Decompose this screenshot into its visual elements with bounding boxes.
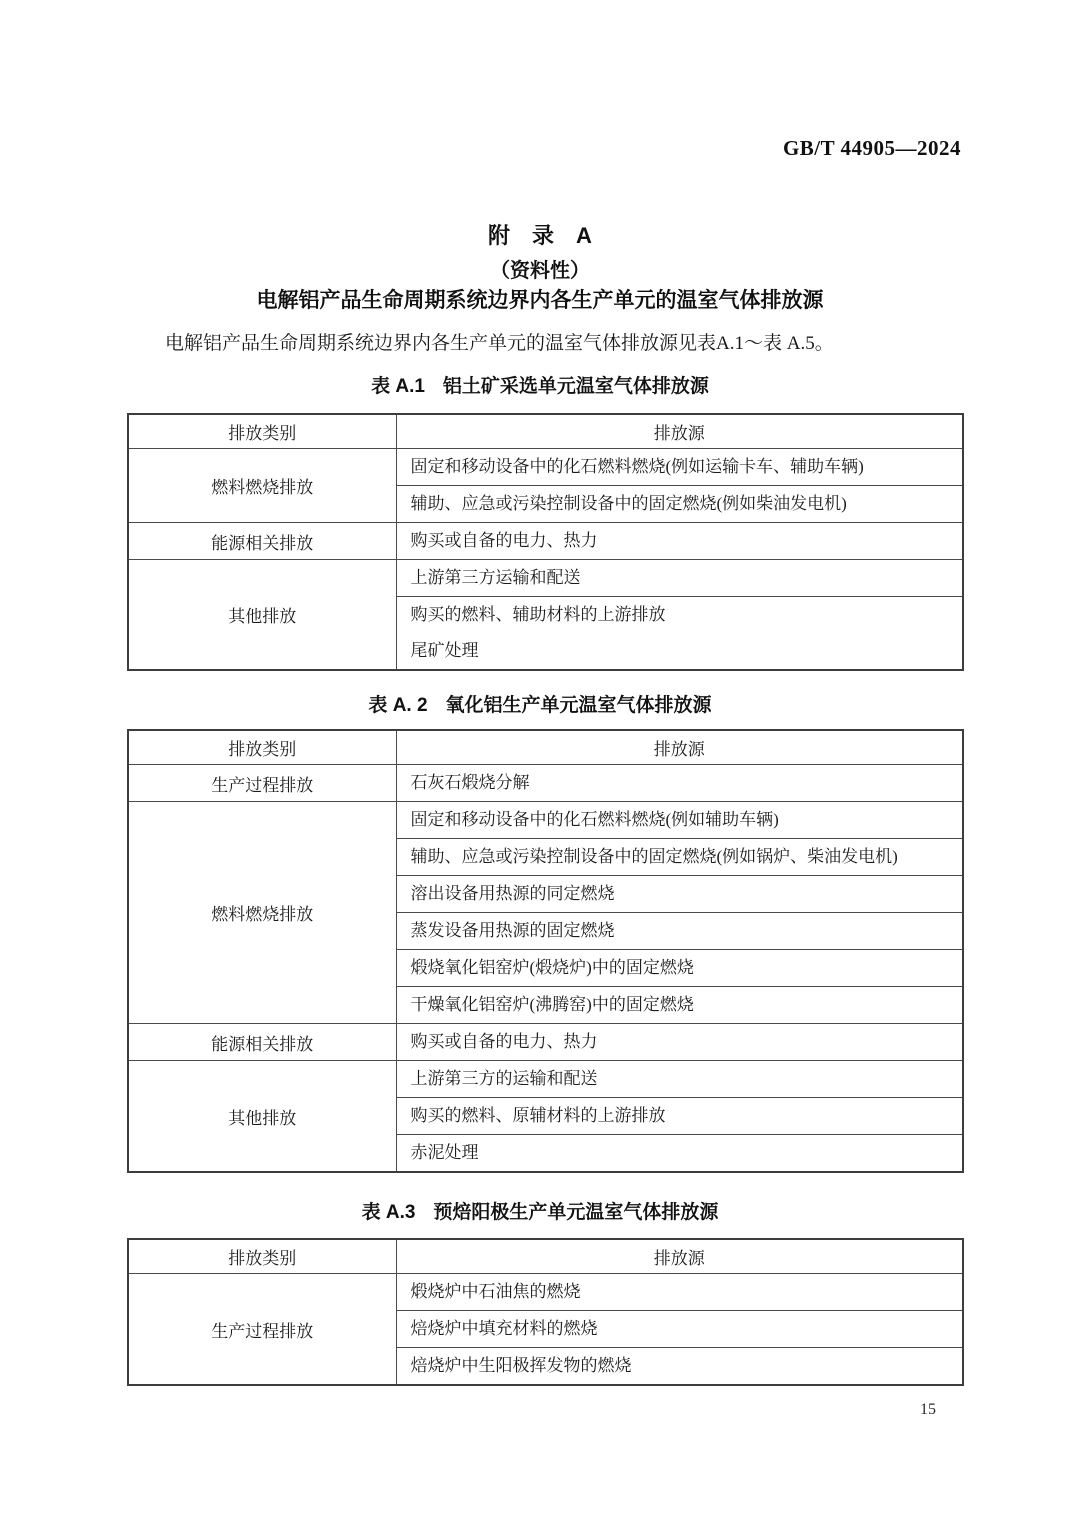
table-a2-caption-number: 表 A. 2 xyxy=(368,695,427,716)
table-a3-caption: 表 A.3预焙阳极生产单元温室气体排放源 xyxy=(0,1197,1080,1224)
table-row: 燃料燃烧排放固定和移动设备中的化石燃料燃烧(例如辅助车辆) xyxy=(128,802,963,839)
table-row: 能源相关排放购买或自备的电力、热力 xyxy=(128,1024,963,1061)
appendix-label: 附 录 A xyxy=(0,219,1080,250)
emission-source-text: 购买的燃料、原辅材料的上游排放 xyxy=(411,1098,953,1134)
emission-category-cell: 其他排放 xyxy=(128,1061,396,1173)
emission-source-text: 煅烧炉中石油焦的燃烧 xyxy=(411,1274,953,1310)
emission-source-cell: 赤泥处理 xyxy=(396,1135,963,1173)
emission-source-cell: 固定和移动设备中的化石燃料燃烧(例如辅助车辆) xyxy=(396,802,963,839)
table-a1-caption: 表 A.1铝土矿采选单元温室气体排放源 xyxy=(0,371,1080,398)
emission-source-cell: 购买或自备的电力、热力 xyxy=(396,523,963,560)
emission-source-text: 辅助、应急或污染控制设备中的固定燃烧(例如柴油发电机) xyxy=(411,486,953,522)
emission-source-text: 赤泥处理 xyxy=(411,1135,953,1171)
emission-source-text: 购买或自备的电力、热力 xyxy=(411,1024,953,1060)
emission-source-cell: 购买的燃料、辅助材料的上游排放尾矿处理 xyxy=(396,597,963,671)
emission-source-text: 购买或自备的电力、热力 xyxy=(411,523,953,559)
table-row: 其他排放上游第三方运输和配送 xyxy=(128,560,963,597)
emission-source-text: 干燥氧化铝窑炉(沸腾窑)中的固定燃烧 xyxy=(411,987,953,1023)
emission-category-cell: 燃料燃烧排放 xyxy=(128,449,396,523)
emission-source-text: 焙烧炉中生阳极挥发物的燃烧 xyxy=(411,1348,953,1384)
emission-source-text: 焙烧炉中填充材料的燃烧 xyxy=(411,1311,953,1347)
emission-source-text: 上游第三方运输和配送 xyxy=(411,560,953,596)
column-header-source: 排放源 xyxy=(396,730,963,765)
table-row: 能源相关排放购买或自备的电力、热力 xyxy=(128,523,963,560)
emission-source-text: 溶出设备用热源的同定燃烧 xyxy=(411,876,953,912)
emission-source-cell: 上游第三方运输和配送 xyxy=(396,560,963,597)
table-header-row: 排放类别 排放源 xyxy=(128,414,963,449)
emission-source-cell: 购买的燃料、原辅材料的上游排放 xyxy=(396,1098,963,1135)
emission-category-cell: 其他排放 xyxy=(128,560,396,671)
appendix-informative-tag: （资料性） xyxy=(0,254,1080,283)
emission-source-text: 辅助、应急或污染控制设备中的固定燃烧(例如锅炉、柴油发电机) xyxy=(411,839,953,875)
table-header-row: 排放类别 排放源 xyxy=(128,1239,963,1274)
emission-source-cell: 上游第三方的运输和配送 xyxy=(396,1061,963,1098)
emission-source-cell: 溶出设备用热源的同定燃烧 xyxy=(396,876,963,913)
table-row: 生产过程排放石灰石煅烧分解 xyxy=(128,765,963,802)
table-row: 生产过程排放煅烧炉中石油焦的燃烧 xyxy=(128,1274,963,1311)
emission-source-cell: 购买或自备的电力、热力 xyxy=(396,1024,963,1061)
emission-source-cell: 煅烧炉中石油焦的燃烧 xyxy=(396,1274,963,1311)
document-code: GB/T 44905—2024 xyxy=(783,136,961,161)
emission-category-cell: 生产过程排放 xyxy=(128,765,396,802)
emission-category-cell: 生产过程排放 xyxy=(128,1274,396,1386)
table-header-row: 排放类别 排放源 xyxy=(128,730,963,765)
table-a1-caption-title: 铝土矿采选单元温室气体排放源 xyxy=(443,376,709,397)
emission-source-text: 固定和移动设备中的化石燃料燃烧(例如辅助车辆) xyxy=(411,802,953,838)
emission-source-cell: 干燥氧化铝窑炉(沸腾窑)中的固定燃烧 xyxy=(396,987,963,1024)
emission-source-cell: 蒸发设备用热源的固定燃烧 xyxy=(396,913,963,950)
table-a1: 排放类别 排放源 燃料燃烧排放固定和移动设备中的化石燃料燃烧(例如运输卡车、辅助… xyxy=(127,413,964,671)
emission-source-cell: 石灰石煅烧分解 xyxy=(396,765,963,802)
column-header-source: 排放源 xyxy=(396,414,963,449)
column-header-category: 排放类别 xyxy=(128,1239,396,1274)
emission-source-text: 石灰石煅烧分解 xyxy=(411,765,953,801)
table-a2-caption-title: 氧化铝生产单元温室气体排放源 xyxy=(446,695,712,716)
emission-source-cell: 焙烧炉中填充材料的燃烧 xyxy=(396,1311,963,1348)
table-row: 其他排放上游第三方的运输和配送 xyxy=(128,1061,963,1098)
emission-source-text: 煅烧氧化铝窑炉(煅烧炉)中的固定燃烧 xyxy=(411,950,953,986)
emission-source-cell: 辅助、应急或污染控制设备中的固定燃烧(例如锅炉、柴油发电机) xyxy=(396,839,963,876)
table-a1-caption-number: 表 A.1 xyxy=(371,376,425,397)
column-header-category: 排放类别 xyxy=(128,730,396,765)
appendix-title: 电解铝产品生命周期系统边界内各生产单元的温室气体排放源 xyxy=(0,284,1080,314)
column-header-category: 排放类别 xyxy=(128,414,396,449)
emission-category-cell: 能源相关排放 xyxy=(128,523,396,560)
page-number: 15 xyxy=(920,1401,936,1419)
table-a2-caption: 表 A. 2氧化铝生产单元温室气体排放源 xyxy=(0,690,1080,717)
standard-document-page: GB/T 44905—2024 附 录 A （资料性） 电解铝产品生命周期系统边… xyxy=(0,0,1080,1527)
emission-source-cell: 焙烧炉中生阳极挥发物的燃烧 xyxy=(396,1348,963,1386)
emission-category-cell: 燃料燃烧排放 xyxy=(128,802,396,1024)
emission-source-cell: 固定和移动设备中的化石燃料燃烧(例如运输卡车、辅助车辆) xyxy=(396,449,963,486)
emission-source-cell: 辅助、应急或污染控制设备中的固定燃烧(例如柴油发电机) xyxy=(396,486,963,523)
emission-source-cell: 煅烧氧化铝窑炉(煅烧炉)中的固定燃烧 xyxy=(396,950,963,987)
emission-source-text: 蒸发设备用热源的固定燃烧 xyxy=(411,913,953,949)
table-a3-caption-number: 表 A.3 xyxy=(362,1202,416,1223)
table-a2: 排放类别 排放源 生产过程排放石灰石煅烧分解燃料燃烧排放固定和移动设备中的化石燃… xyxy=(127,729,964,1173)
emission-source-text: 尾矿处理 xyxy=(411,633,953,669)
emission-source-text: 购买的燃料、辅助材料的上游排放 xyxy=(411,597,953,633)
intro-paragraph: 电解铝产品生命周期系统边界内各生产单元的温室气体排放源见表A.1～表 A.5。 xyxy=(127,330,845,358)
emission-source-text: 上游第三方的运输和配送 xyxy=(411,1061,953,1097)
table-a3: 排放类别 排放源 生产过程排放煅烧炉中石油焦的燃烧焙烧炉中填充材料的燃烧焙烧炉中… xyxy=(127,1238,964,1386)
emission-source-text: 固定和移动设备中的化石燃料燃烧(例如运输卡车、辅助车辆) xyxy=(411,449,953,485)
emission-category-cell: 能源相关排放 xyxy=(128,1024,396,1061)
table-row: 燃料燃烧排放固定和移动设备中的化石燃料燃烧(例如运输卡车、辅助车辆) xyxy=(128,449,963,486)
column-header-source: 排放源 xyxy=(396,1239,963,1274)
table-a3-caption-title: 预焙阳极生产单元温室气体排放源 xyxy=(433,1202,718,1223)
